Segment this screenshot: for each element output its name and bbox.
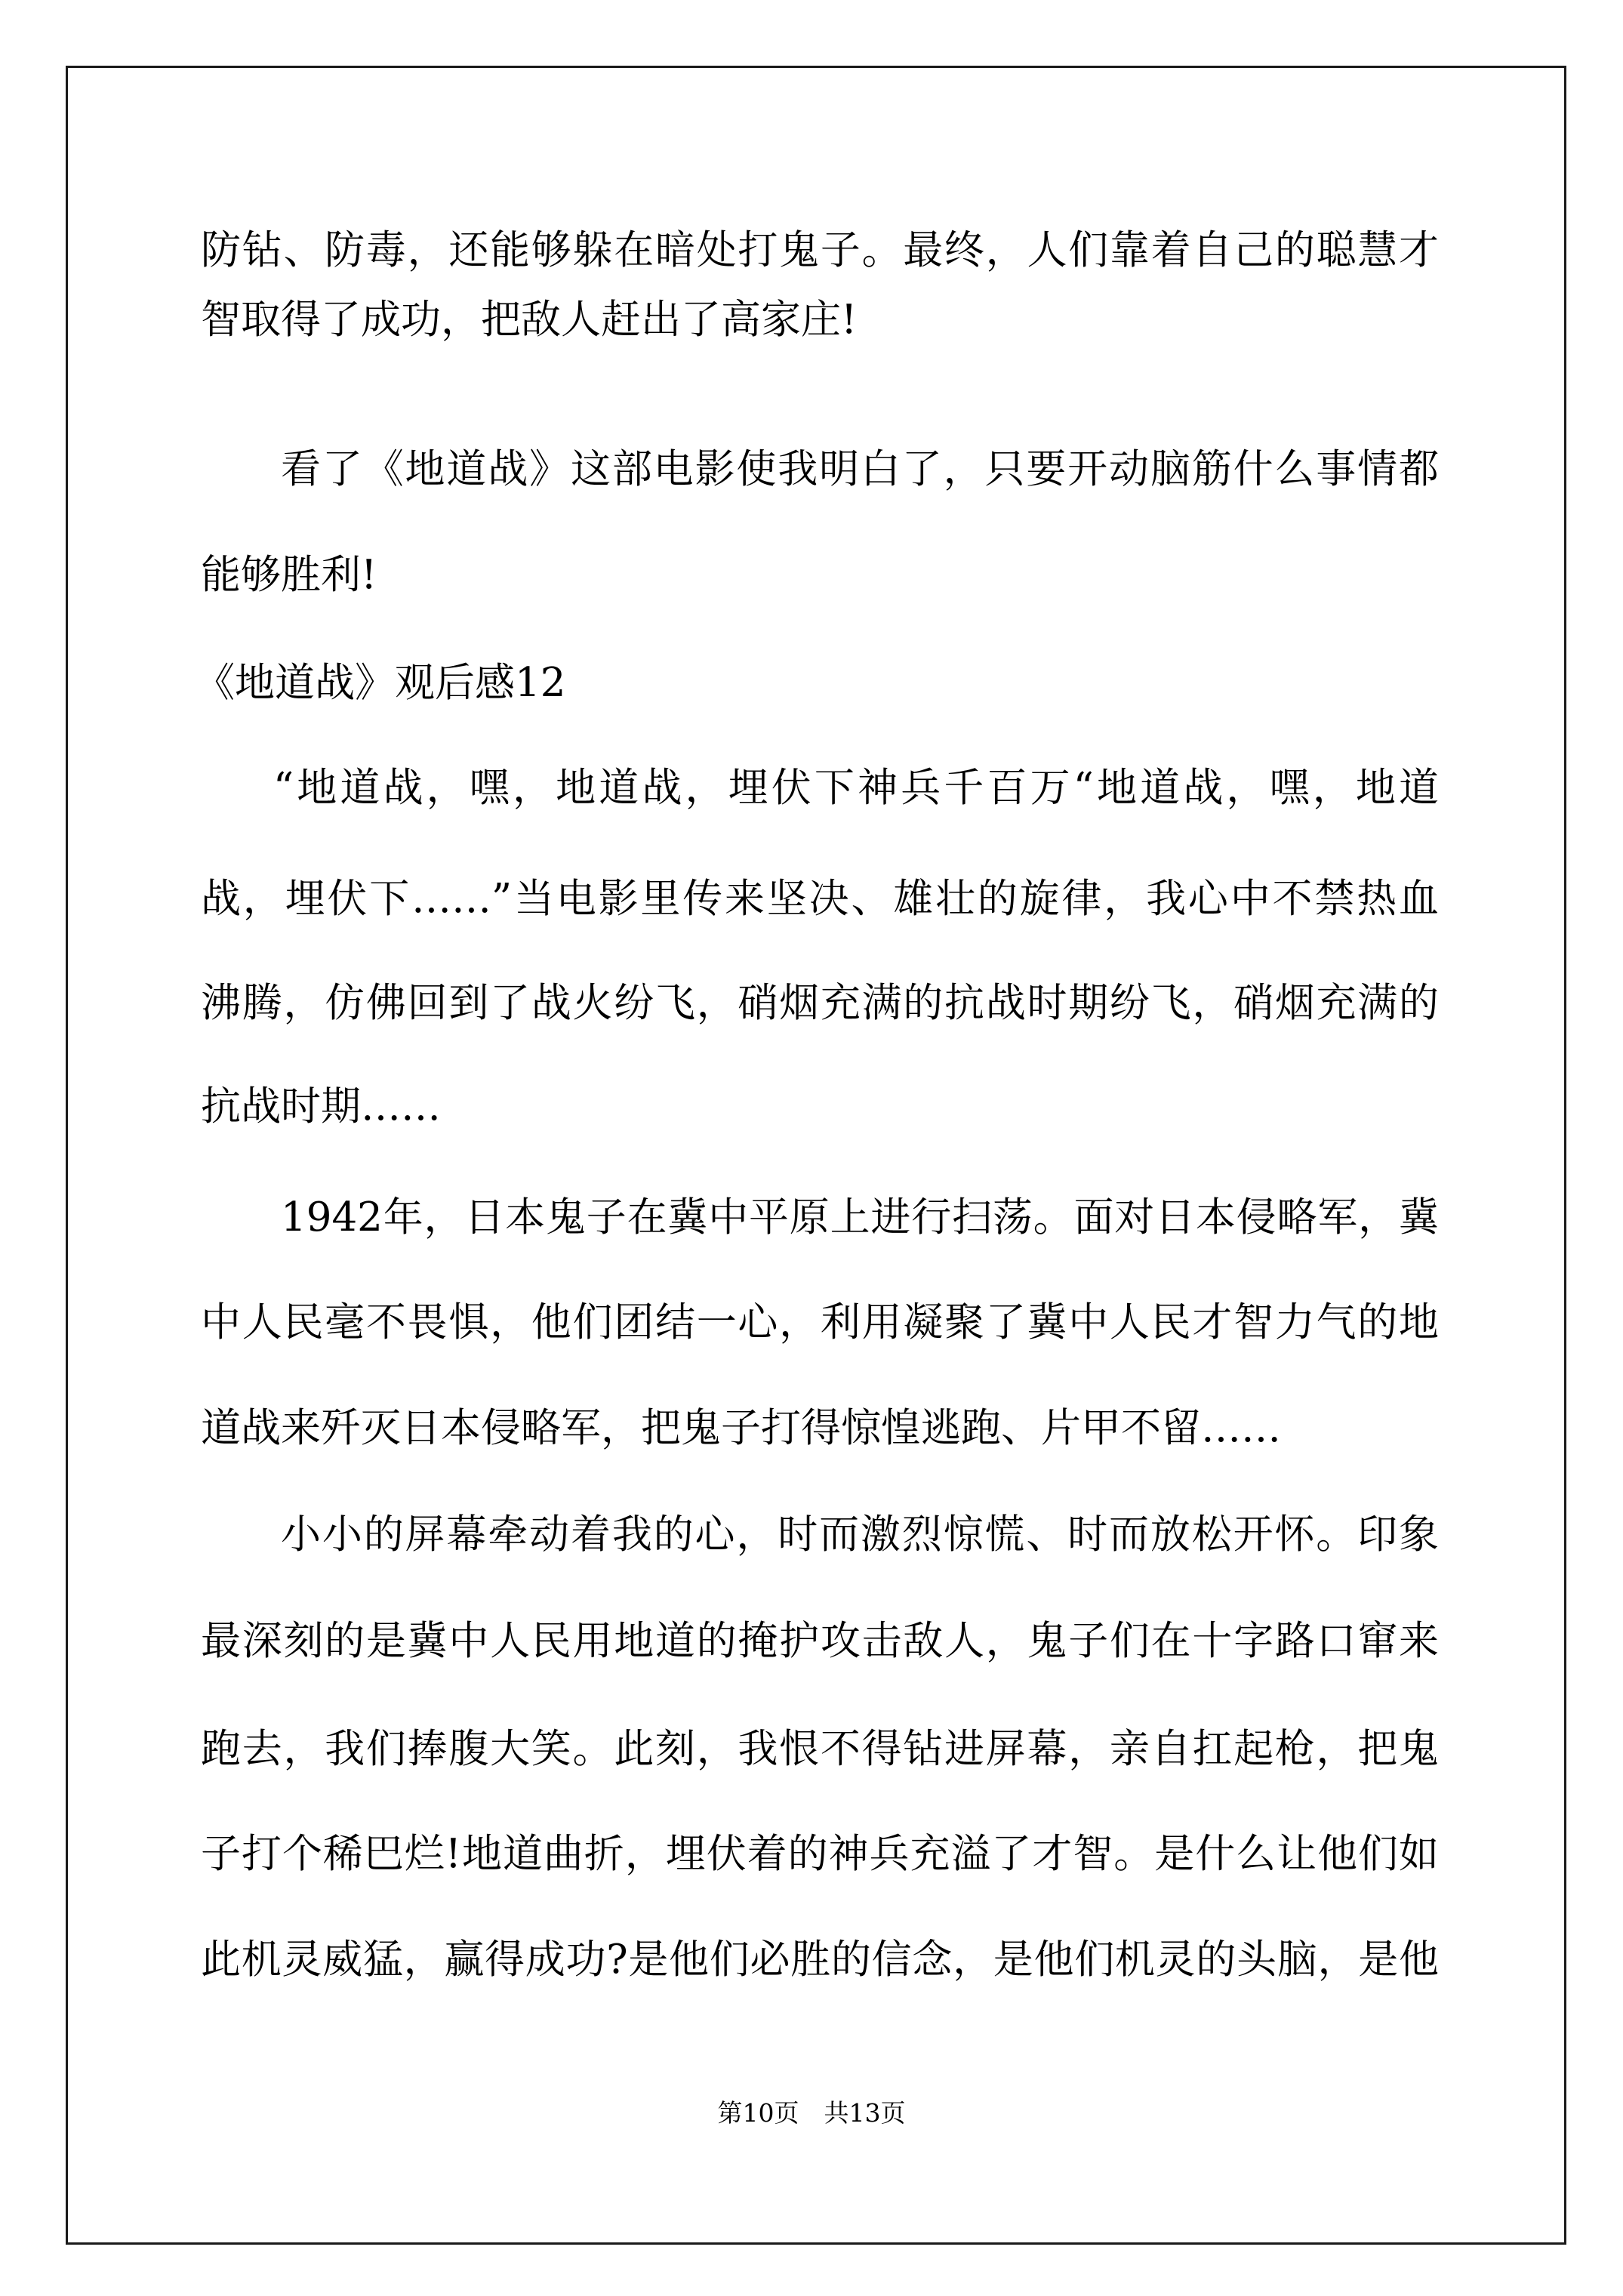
text-line: 子打个稀巴烂!地道曲折，埋伏着的神兵充溢了才智。是什么让他们如: [201, 1828, 1439, 1881]
page-border: [66, 66, 1566, 2245]
text-line: 能够胜利!: [201, 549, 1439, 602]
text-line: 此机灵威猛，赢得成功?是他们必胜的信念，是他们机灵的头脑，是他: [201, 1934, 1439, 1986]
text-line: 道战来歼灭日本侵略军，把鬼子打得惊惶逃跑、片甲不留……: [201, 1402, 1439, 1455]
text-line: 沸腾，仿佛回到了战火纷飞，硝烟充满的抗战时期纷飞，硝烟充满的: [201, 977, 1439, 1030]
text-line: 小小的屏幕牵动着我的心，时而激烈惊慌、时而放松开怀。印象: [281, 1509, 1439, 1561]
text-line: 中人民毫不畏惧，他们团结一心，利用凝聚了冀中人民才智力气的地: [201, 1296, 1439, 1349]
text-line: “地道战，嘿，地道战，埋伏下神兵千百万“地道战，嘿，地道: [273, 762, 1439, 815]
text-line: 看了《地道战》这部电影使我明白了，只要开动脑筋什么事情都: [281, 443, 1439, 496]
page-footer: 第10页 共13页: [0, 2096, 1623, 2131]
section-heading: 《地道战》观后感12: [195, 657, 565, 710]
text-line: 最深刻的是冀中人民用地道的掩护攻击敌人，鬼子们在十字路口窜来: [201, 1615, 1439, 1668]
text-line: 智取得了成功，把敌人赶出了高家庄!: [201, 294, 1439, 347]
text-line: 1942年，日本鬼子在冀中平原上进行扫荡。面对日本侵略军，冀: [281, 1191, 1439, 1244]
text-line: 抗战时期……: [201, 1080, 1439, 1133]
text-line: 跑去，我们捧腹大笑。此刻，我恨不得钻进屏幕，亲自扛起枪，把鬼: [201, 1723, 1439, 1776]
text-line: 战，埋伏下……”当电影里传来坚决、雄壮的旋律，我心中不禁热血: [201, 873, 1439, 926]
text-line: 防钻、防毒，还能够躲在暗处打鬼子。最终，人们靠着自己的聪慧才: [201, 224, 1439, 277]
